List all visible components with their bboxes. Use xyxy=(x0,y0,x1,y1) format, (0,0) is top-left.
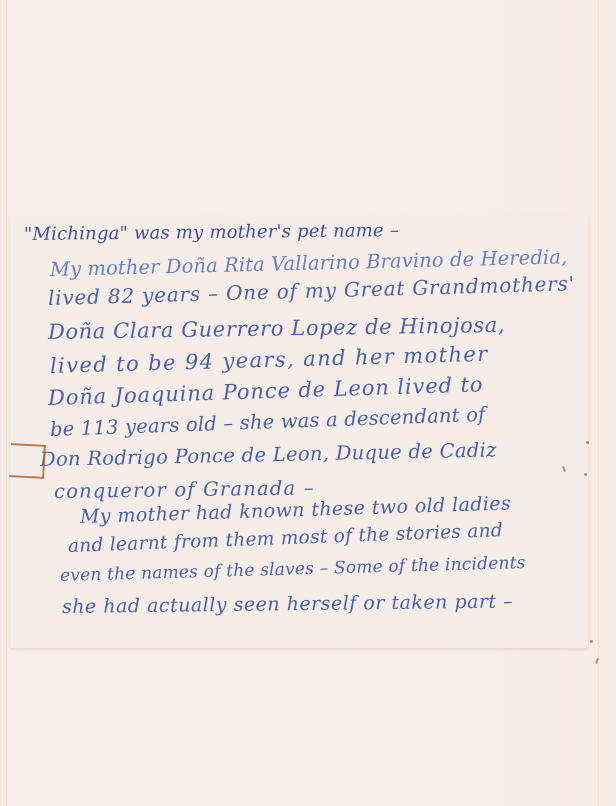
page-crease xyxy=(598,0,599,806)
note-line-7: be 113 years old – she was a descendant … xyxy=(50,403,486,441)
note-line-8: Don Rodrigo Ponce de Leon, Duque de Cadi… xyxy=(40,438,497,471)
paper-speck xyxy=(590,640,593,643)
handwritten-note-card: "Michinga" was my mother's pet name – My… xyxy=(10,216,588,649)
paper-speck xyxy=(584,473,587,476)
note-line-13: she had actually seen herself or taken p… xyxy=(62,590,513,618)
note-line-4: Doña Clara Guerrero Lopez de Hinojosa, xyxy=(48,313,506,344)
note-line-12: even the names of the slaves – Some of t… xyxy=(60,553,526,586)
paper-speck xyxy=(586,441,589,444)
margin-bracket-mark xyxy=(9,443,46,479)
note-line-5: lived to be 94 years, and her mother xyxy=(50,342,489,378)
page-left-edge xyxy=(6,0,7,806)
archival-page: "Michinga" was my mother's pet name – My… xyxy=(0,0,616,806)
note-line-1: "Michinga" was my mother's pet name – xyxy=(24,220,399,245)
